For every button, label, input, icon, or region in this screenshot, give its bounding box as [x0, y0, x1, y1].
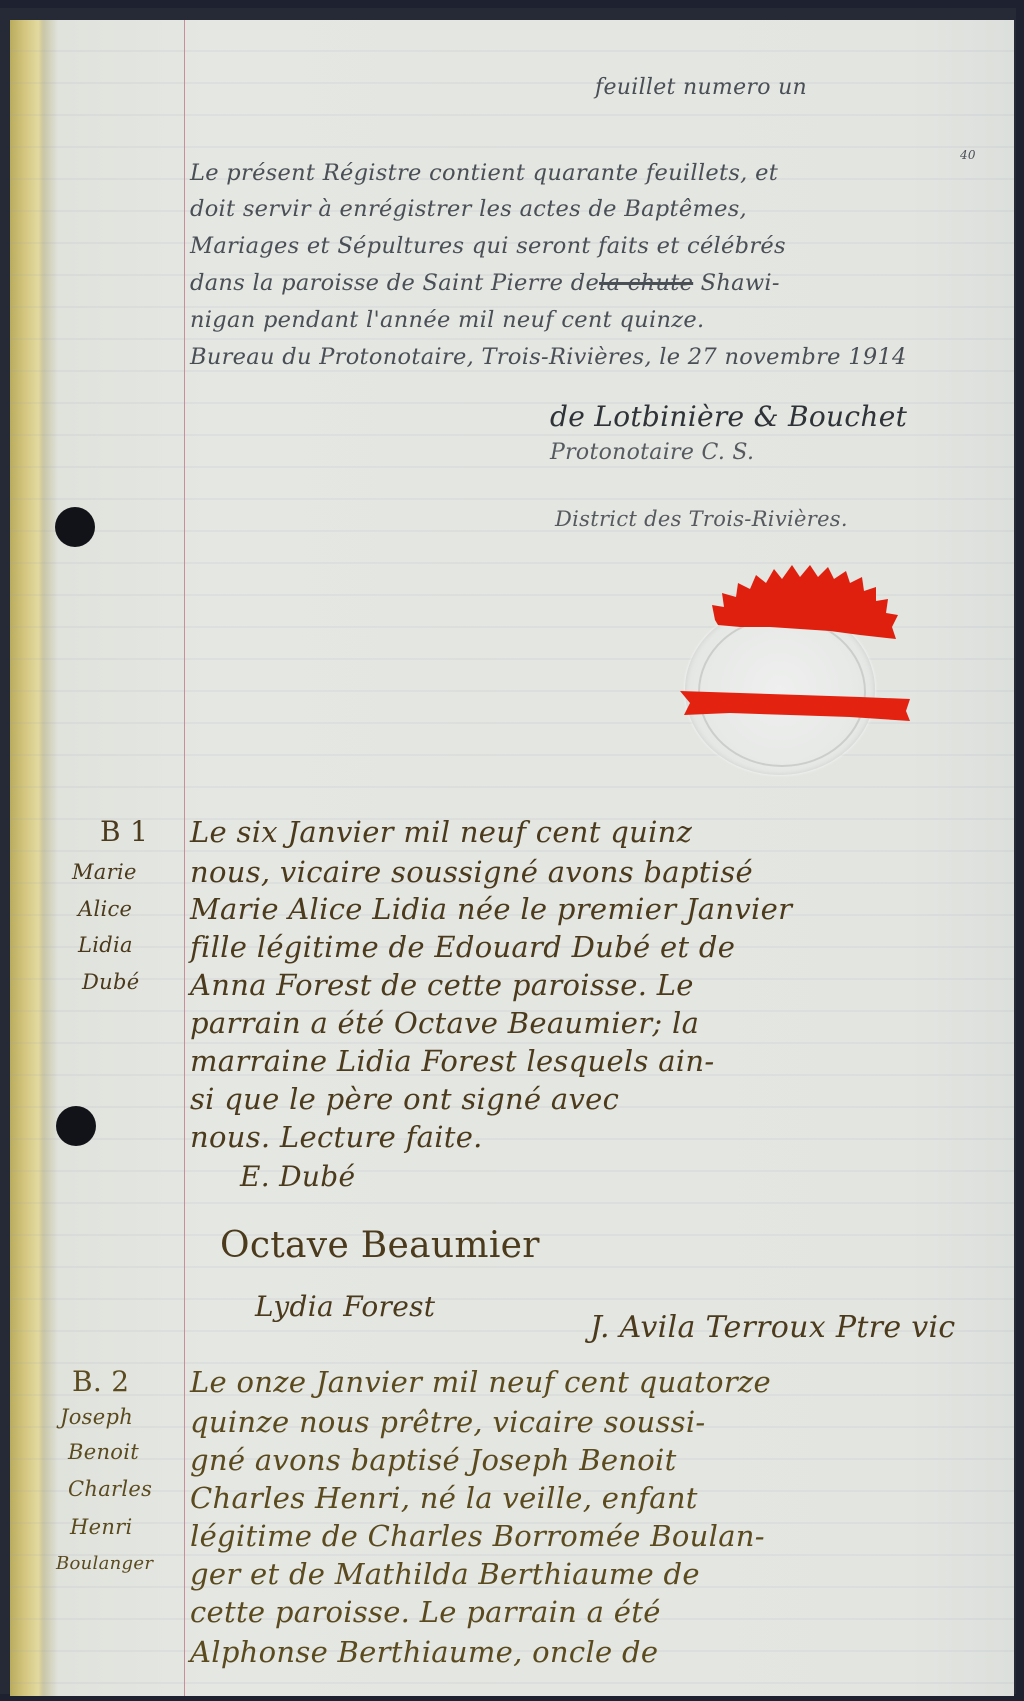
- certificate-line: Mariages et Sépultures qui seront faits …: [190, 233, 786, 259]
- binding-edge: [10, 20, 42, 1696]
- certificate-line: dans la paroisse de Saint Pierre dela ch…: [190, 270, 780, 296]
- margin-name: Lidia: [78, 933, 133, 957]
- margin-name: Joseph: [60, 1405, 133, 1429]
- margin-name: Dubé: [82, 970, 139, 994]
- godfather-signature: Octave Beaumier: [220, 1225, 540, 1266]
- leaf-count-note: 40: [960, 148, 976, 162]
- margin-name: Charles: [68, 1477, 152, 1501]
- certificate-line: doit servir à enrégistrer les actes de B…: [190, 196, 747, 222]
- margin-name: Marie: [72, 860, 137, 884]
- entry-line: Le six Janvier mil neuf cent quinz: [190, 815, 692, 849]
- leaf-title: feuillet numero un: [595, 75, 807, 100]
- entry-line: gné avons baptisé Joseph Benoit: [190, 1443, 677, 1477]
- punch-hole-icon: [56, 1106, 96, 1146]
- entry-line-text: Le onze Janvier mil neuf cent quatorze: [190, 1365, 771, 1399]
- margin-name: Alice: [78, 897, 132, 921]
- protonotary-title: Protonotaire C. S.: [550, 440, 754, 465]
- entry-line: Le onze Janvier mil neuf cent quatorze: [190, 1365, 771, 1399]
- entry-line: parrain a été Octave Beaumier; la: [190, 1006, 699, 1040]
- entry-number: B 1: [100, 815, 148, 848]
- wax-seal: [680, 565, 920, 785]
- margin-name: Boulanger: [56, 1553, 153, 1574]
- godmother-signature: Lydia Forest: [255, 1290, 435, 1323]
- entry-line: si que le père ont signé avec: [190, 1082, 619, 1116]
- entry-line: Alphonse Berthiaume, oncle de: [190, 1635, 658, 1669]
- entry-line: Marie Alice Lidia née le premier Janvier: [190, 892, 792, 926]
- entry-line: cette paroisse. Le parrain a été: [190, 1595, 661, 1629]
- certificate-line-end: Shawi-: [693, 270, 780, 296]
- register-page: feuillet numero un 40 Le présent Régistr…: [10, 20, 1014, 1696]
- struck-out-word: la chute: [599, 270, 693, 296]
- district-name: District des Trois-Rivières.: [555, 507, 848, 531]
- entry-line: légitime de Charles Borromée Boulan-: [190, 1519, 765, 1553]
- red-seal-ribbon-icon: [680, 687, 910, 727]
- certificate-line: nigan pendant l'année mil neuf cent quin…: [190, 307, 704, 333]
- entry-line: quinze nous prêtre, vicaire soussi-: [190, 1405, 706, 1439]
- margin-line: [184, 20, 185, 1696]
- scan-frame: feuillet numero un 40 Le présent Régistr…: [0, 8, 1016, 1694]
- red-seal-sunburst-icon: [710, 565, 900, 645]
- margin-name: Henri: [70, 1515, 133, 1539]
- certificate-line: Le présent Régistre contient quarante fe…: [190, 160, 778, 186]
- priest-signature: J. Avila Terroux Ptre vic: [590, 1310, 955, 1345]
- protonotary-signature: de Lotbinière & Bouchet: [550, 400, 907, 433]
- entry-line: nous, vicaire soussigné avons baptisé: [190, 855, 753, 889]
- entry-line: ger et de Mathilda Berthiaume de: [190, 1557, 700, 1591]
- entry-line: nous. Lecture faite.: [190, 1120, 483, 1154]
- entry-line: Charles Henri, né la veille, enfant: [190, 1481, 698, 1515]
- certificate-dateline: Bureau du Protonotaire, Trois-Rivières, …: [190, 344, 907, 370]
- entry-line: fille légitime de Edouard Dubé et de: [190, 930, 735, 964]
- entry-number: B. 2: [72, 1365, 129, 1398]
- certificate-line-text: dans la paroisse de Saint Pierre de: [190, 270, 599, 296]
- entry-line: marraine Lidia Forest lesquels ain-: [190, 1044, 714, 1078]
- entry-line: Anna Forest de cette paroisse. Le: [190, 968, 694, 1002]
- father-signature: E. Dubé: [240, 1160, 355, 1193]
- punch-hole-icon: [55, 507, 95, 547]
- margin-name: Benoit: [68, 1440, 139, 1464]
